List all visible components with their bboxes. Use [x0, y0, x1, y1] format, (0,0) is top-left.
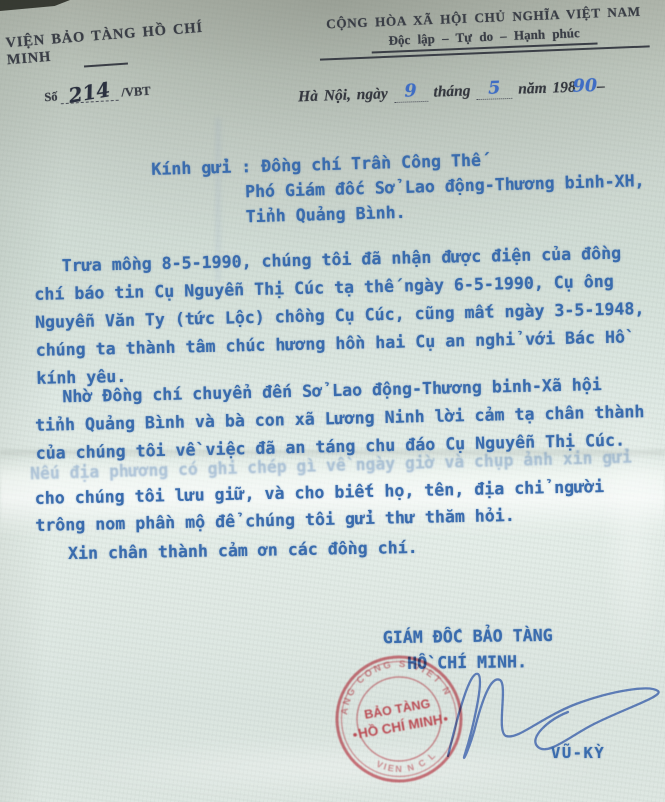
- month-handwritten: 5: [488, 78, 501, 98]
- recipient-block: Kính gửi : Đồng chí Trần Công Thế Phó Gi…: [151, 143, 646, 232]
- year-handwritten: 90: [572, 76, 597, 97]
- ref-suffix: /VBT: [121, 84, 151, 100]
- ref-leader: 214: [60, 76, 119, 104]
- org-underline: [84, 62, 128, 67]
- signer-name: VŨ-KỲ: [551, 744, 605, 762]
- date-prefix: Hà Nội, ngày: [298, 85, 388, 105]
- reference-number-line: Số214/VBT: [43, 74, 151, 105]
- salutation: Kính gửi :: [151, 157, 251, 179]
- date-end-dash: –: [597, 78, 605, 95]
- year-printed: năm 198: [518, 79, 576, 98]
- stamp-dot-left: [353, 733, 357, 737]
- thang-label: tháng: [433, 82, 471, 100]
- place-date-line: Hà Nội, ngày 9 tháng 5 năm 19890–: [298, 75, 605, 107]
- recipient-name: Đồng chí Trần Công Thế: [261, 151, 481, 176]
- ref-number-handwritten: 214: [67, 77, 112, 108]
- org-name: VIỆN BẢO TÀNG HỒ CHÍ MINH: [5, 17, 243, 69]
- paragraph-1: Trưa mồng 8-5-1990, chúng tôi đã nhận đư…: [33, 239, 645, 393]
- ref-label: Số: [44, 89, 58, 104]
- day-handwritten: 9: [404, 81, 417, 101]
- national-header: CỘNG HÒA XÃ HỘI CHỦ NGHĨA VIỆT NAM Độc l…: [314, 3, 654, 61]
- month-leader: 5: [476, 78, 513, 100]
- scan-edge-artifact: [0, 0, 70, 11]
- scanned-letter: VIỆN BẢO TÀNG HỒ CHÍ MINH Số214/VBT CỘNG…: [0, 0, 665, 802]
- signature-scribble: [418, 652, 665, 770]
- closing-line: Xin chân thành cảm ơn các đồng chí.: [68, 538, 418, 563]
- day-leader: 9: [393, 81, 428, 103]
